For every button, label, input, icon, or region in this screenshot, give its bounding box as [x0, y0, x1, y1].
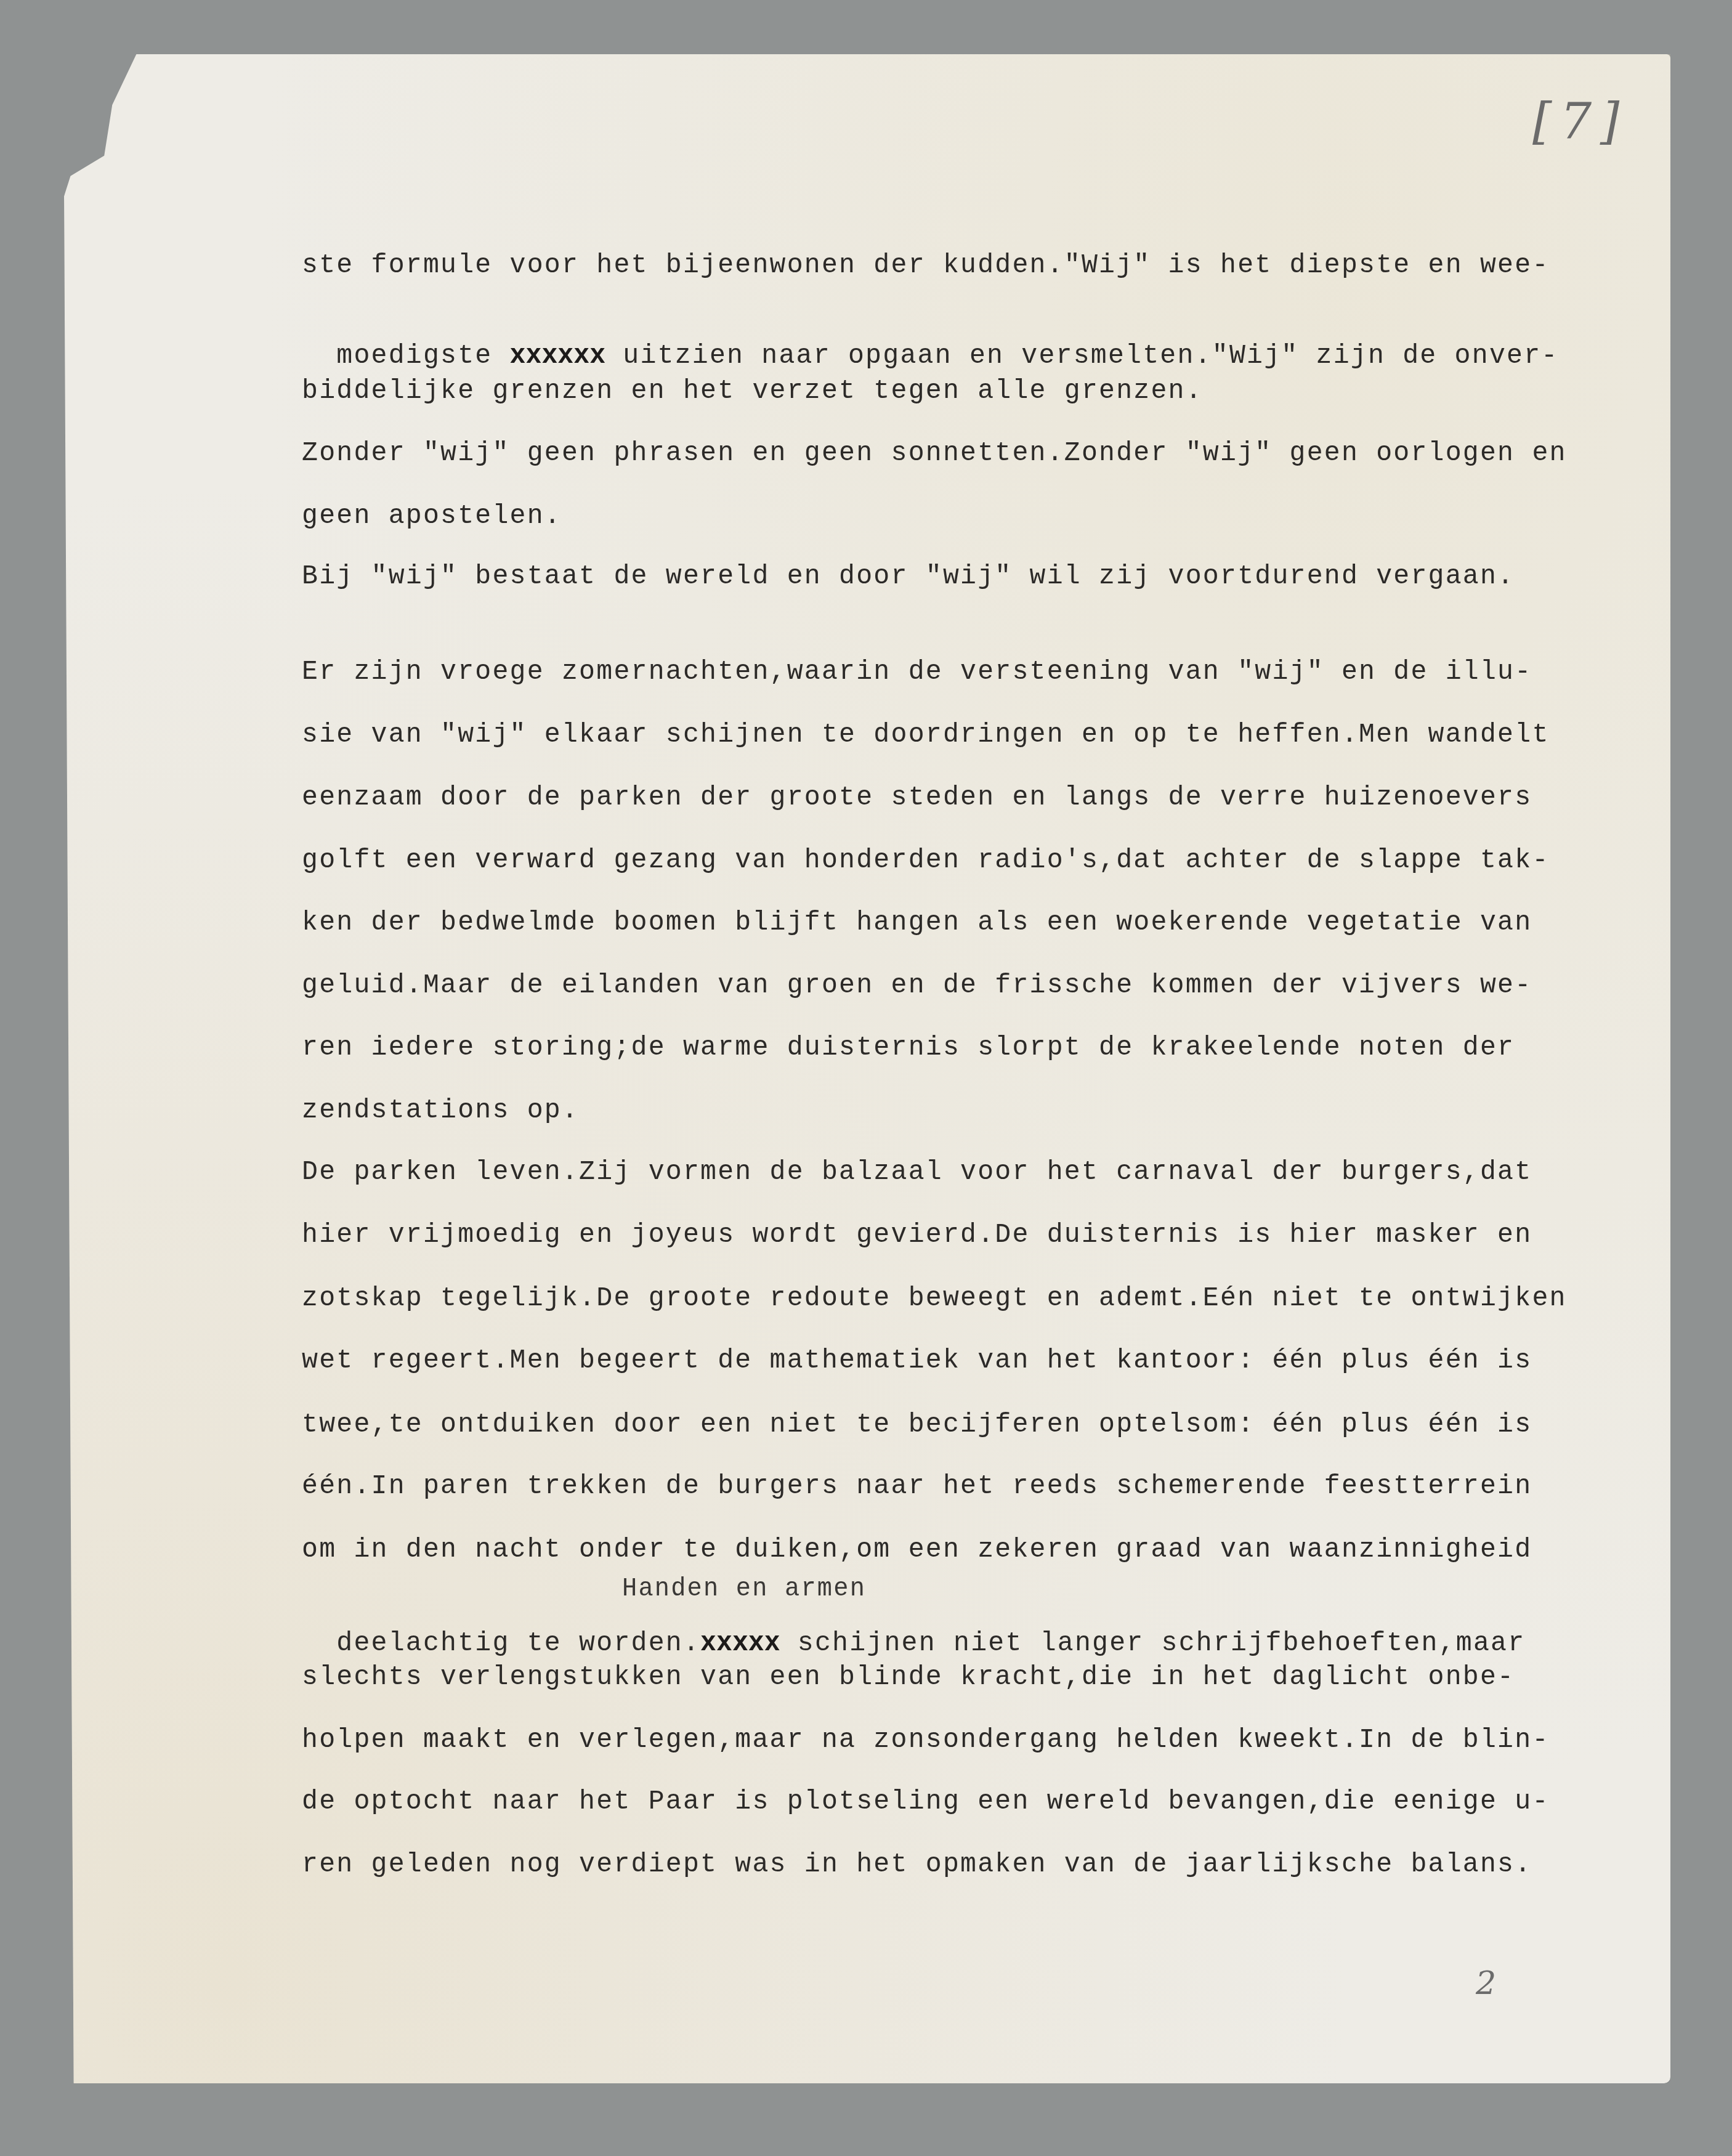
- text-line-12: geluid.Maar de eilanden van groen en de …: [302, 971, 1532, 999]
- text-line-19: twee,te ontduiken door een niet te becij…: [302, 1411, 1532, 1438]
- text-line-1: ste formule voor het bijeenwonen der kud…: [302, 251, 1550, 279]
- text-line-2-start: moedigste: [336, 340, 509, 371]
- text-line-25: de optocht naar het Paar is plotseling e…: [302, 1788, 1550, 1815]
- text-line-22-start: deelachtig te worden.: [336, 1627, 700, 1659]
- text-line-22-rest: schijnen niet langer schrijfbehoeften,ma…: [780, 1627, 1526, 1659]
- text-line-13: ren iedere storing;de warme duisternis s…: [302, 1034, 1515, 1061]
- text-line-14: zendstations op.: [302, 1096, 579, 1124]
- text-line-3: biddelijke grenzen en het verzet tegen a…: [302, 377, 1203, 405]
- text-line-5: geen apostelen.: [302, 502, 562, 530]
- text-line-16: hier vrijmoedig en joyeus wordt gevierd.…: [302, 1221, 1532, 1249]
- text-line-11: ken der bedwelmde boomen blijft hangen a…: [302, 909, 1532, 936]
- struck-out-text: xxxxxx: [510, 340, 606, 371]
- text-line-4: Zonder "wij" geen phrasen en geen sonnet…: [302, 439, 1567, 467]
- text-line-26: ren geleden nog verdiept was in het opma…: [302, 1850, 1532, 1878]
- text-line-21: om in den nacht onder te duiken,om een z…: [302, 1536, 1532, 1563]
- text-line-24: holpen maakt en verlegen,maar na zonsond…: [302, 1726, 1550, 1754]
- text-line-10: golft een verward gezang van honderden r…: [302, 846, 1550, 874]
- text-line-15: De parken leven.Zij vormen de balzaal vo…: [302, 1158, 1532, 1186]
- text-line-2-rest: uitzien naar opgaan en versmelten."Wij" …: [605, 340, 1558, 371]
- interlinear-insertion: Handen en armen: [622, 1576, 866, 1602]
- text-line-8: sie van "wij" elkaar schijnen te doordri…: [302, 721, 1550, 748]
- text-line-6: Bij "wij" bestaat de wereld en door "wij…: [302, 562, 1515, 590]
- text-line-17: zotskap tegelijk.De groote redoute bewee…: [302, 1284, 1567, 1312]
- text-line-7: Er zijn vroege zomernachten,waarin de ve…: [302, 658, 1532, 686]
- text-line-2: moedigste xxxxxx uitzien naar opgaan en …: [302, 314, 1558, 370]
- struck-out-text: xxxxx: [700, 1627, 780, 1659]
- text-line-22: deelachtig te worden.xxxxx schijnen niet…: [302, 1602, 1525, 1657]
- text-line-20: één.In paren trekken de burgers naar het…: [302, 1472, 1532, 1500]
- text-line-9: eenzaam door de parken der groote steden…: [302, 784, 1532, 811]
- pencil-mark-bottom: 2: [1476, 1965, 1496, 2002]
- text-line-23: slechts verlengstukken van een blinde kr…: [302, 1663, 1515, 1691]
- text-line-18: wet regeert.Men begeert de mathematiek v…: [302, 1347, 1532, 1374]
- page-number-annotation: [7]: [1532, 92, 1628, 150]
